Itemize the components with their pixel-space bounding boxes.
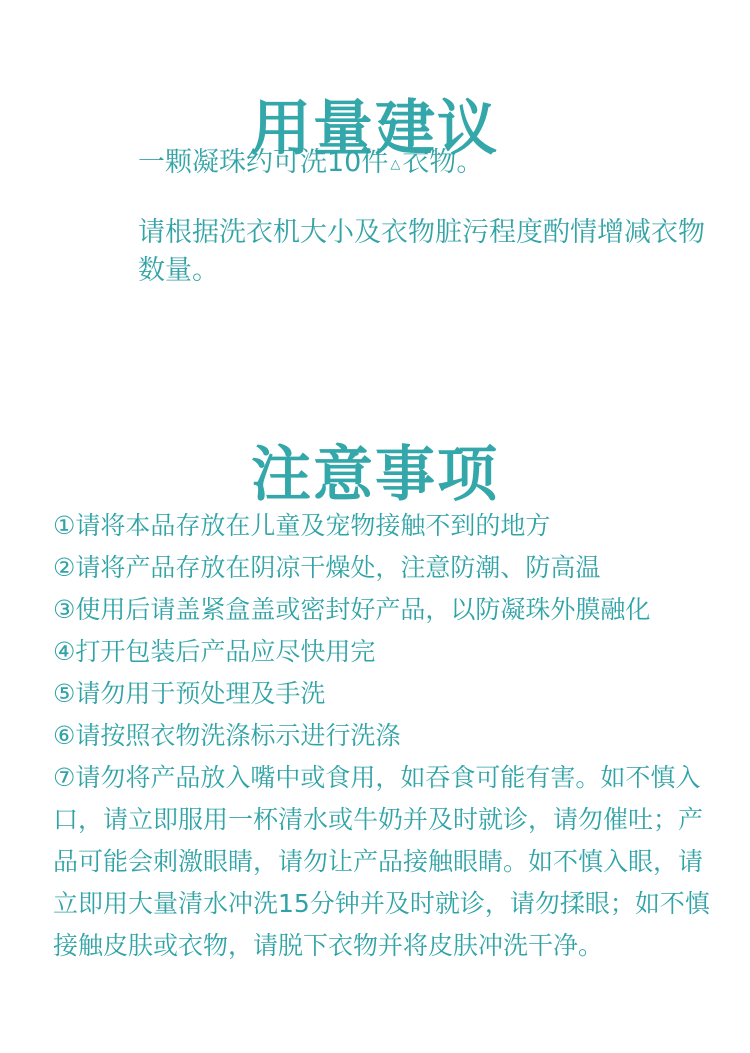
usage-line-1-suffix: 衣物。 <box>402 147 483 178</box>
note-item-5: ⑤请勿用于预处理及手洗 <box>53 673 713 715</box>
usage-line-1-text: 一颗凝珠约可洗10件 <box>138 147 388 178</box>
note-item-7: ⑦请勿将产品放入嘴中或食用，如吞食可能有害。如不慎入口，请立即服用一杯清水或牛奶… <box>53 757 713 967</box>
note-item-2: ②请将产品存放在阴凉干燥处，注意防潮、防高温 <box>53 547 713 589</box>
usage-description: 一颗凝珠约可洗10件△衣物。 请根据洗衣机大小及衣物脏污程度酌情增减衣物数量。 <box>138 144 728 290</box>
notes-list: ①请将本品存放在儿童及宠物接触不到的地方 ②请将产品存放在阴凉干燥处，注意防潮、… <box>53 505 713 967</box>
notes-title: 注意事项 <box>0 440 750 510</box>
triangle-mark-icon: △ <box>390 157 400 172</box>
note-item-4: ④打开包装后产品应尽快用完 <box>53 631 713 673</box>
usage-line-2: 请根据洗衣机大小及衣物脏污程度酌情增减衣物数量。 <box>138 214 728 290</box>
note-item-1: ①请将本品存放在儿童及宠物接触不到的地方 <box>53 505 713 547</box>
usage-line-1: 一颗凝珠约可洗10件△衣物。 <box>138 144 728 182</box>
note-item-6: ⑥请按照衣物洗涤标示进行洗涤 <box>53 715 713 757</box>
note-item-3: ③使用后请盖紧盒盖或密封好产品，以防凝珠外膜融化 <box>53 589 713 631</box>
